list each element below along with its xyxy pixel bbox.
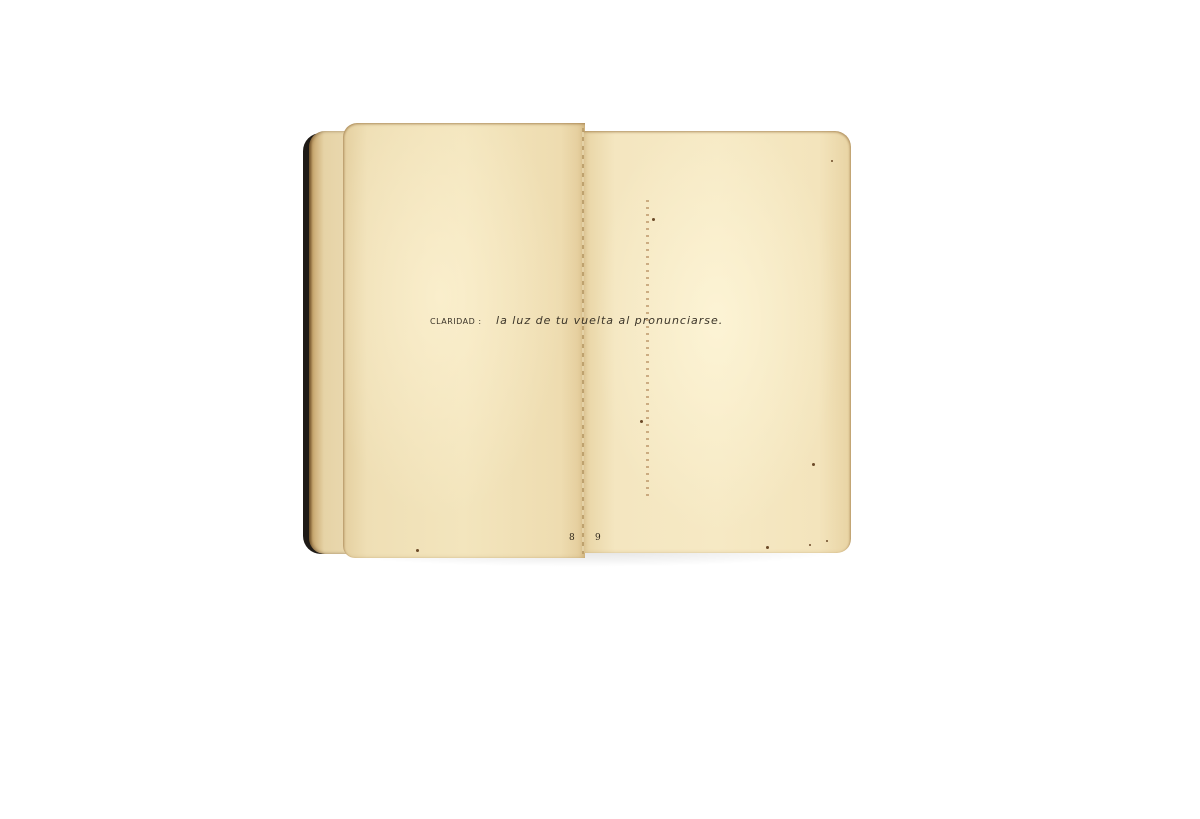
notebook-photo: CLARIDAD : la luz de tu vuelta al pronun…: [0, 0, 1200, 819]
stain-speck: [416, 549, 419, 552]
stain-speck: [640, 420, 643, 423]
stain-speck: [652, 218, 655, 221]
note-label: CLARIDAD :: [430, 317, 482, 326]
left-page: [343, 123, 585, 558]
handwritten-note: CLARIDAD : la luz de tu vuelta al pronun…: [430, 314, 800, 338]
spine-stitching: [582, 128, 584, 554]
stain-speck: [826, 540, 828, 542]
stain-speck: [766, 546, 769, 549]
note-text: la luz de tu vuelta al pronunciarse.: [496, 314, 723, 327]
stain-speck: [831, 160, 833, 162]
stain-speck: [809, 544, 811, 546]
fold-stain: [646, 200, 649, 500]
page-number-left: 8: [569, 533, 575, 543]
stain-speck: [812, 463, 815, 466]
page-number-right: 9: [595, 533, 601, 543]
right-page: [583, 131, 851, 553]
